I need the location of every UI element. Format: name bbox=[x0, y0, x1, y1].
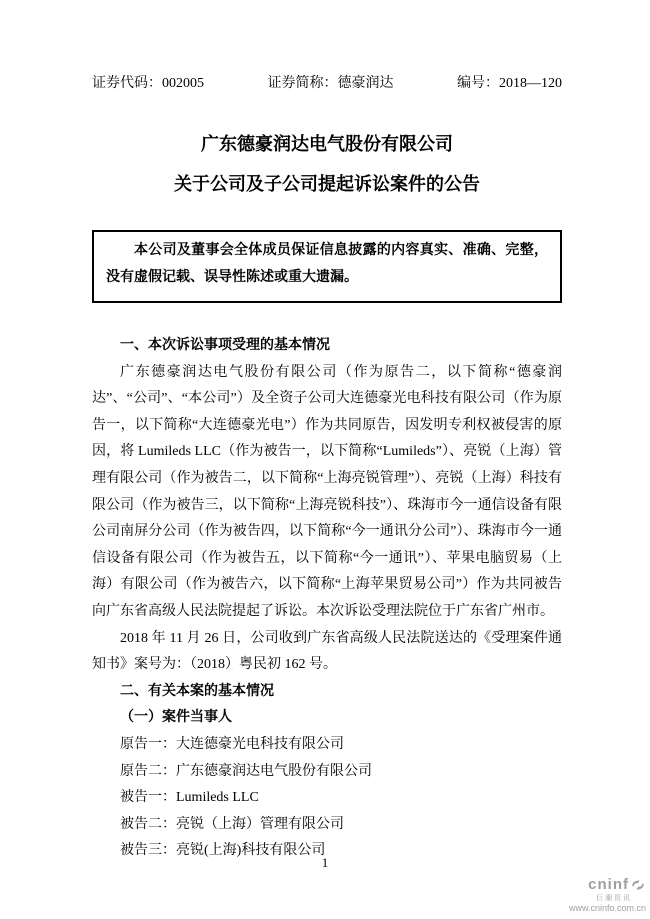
company-name-title: 广东德豪润达电气股份有限公司 bbox=[92, 131, 562, 157]
party-list: 原告一：大连德豪光电科技有限公司原告二：广东德豪润达电气股份有限公司被告一：Lu… bbox=[92, 732, 562, 865]
announcement-document: 证券代码：002005 证券简称：德豪润达 编号：2018—120 广东德豪润达… bbox=[0, 0, 650, 919]
cninfo-logo: cninf 巨潮资讯 www.cninfo.com.cn bbox=[569, 877, 646, 914]
section-2-heading: 二、有关本案的基本情况 bbox=[92, 679, 562, 706]
disclaimer-text: 本公司及董事会全体成员保证信息披露的内容真实、准确、完整，没有虚假记载、误导性陈… bbox=[106, 237, 548, 291]
party-line: 原告二：广东德豪润达电气股份有限公司 bbox=[92, 759, 562, 786]
party-line: 被告一：Lumileds LLC bbox=[92, 785, 562, 812]
section-1-paragraph-1: 广东德豪润达电气股份有限公司（作为原告二，以下简称“德豪润达”、“公司”、“本公… bbox=[92, 360, 562, 626]
cninfo-logo-text: cninf bbox=[588, 877, 629, 894]
section-2-sub-heading: （一）案件当事人 bbox=[92, 705, 562, 732]
document-header: 证券代码：002005 证券简称：德豪润达 编号：2018—120 bbox=[92, 74, 562, 94]
document-body: 一、本次诉讼事项受理的基本情况 广东德豪润达电气股份有限公司（作为原告二，以下简… bbox=[92, 333, 562, 865]
section-1-paragraph-2: 2018 年 11 月 26 日，公司收到广东省高级人民法院送达的《受理案件通知… bbox=[92, 626, 562, 679]
document-content: 证券代码：002005 证券简称：德豪润达 编号：2018—120 广东德豪润达… bbox=[92, 0, 562, 865]
section-1-heading: 一、本次诉讼事项受理的基本情况 bbox=[92, 333, 562, 360]
party-line: 被告二：亮锐（上海）管理有限公司 bbox=[92, 812, 562, 839]
party-line: 原告一：大连德豪光电科技有限公司 bbox=[92, 732, 562, 759]
cninfo-logo-url: www.cninfo.com.cn bbox=[569, 904, 646, 914]
announcement-title: 关于公司及子公司提起诉讼案件的公告 bbox=[92, 171, 562, 197]
disclaimer-box: 本公司及董事会全体成员保证信息披露的内容真实、准确、完整，没有虚假记载、误导性陈… bbox=[92, 230, 562, 303]
cninfo-swirl-icon bbox=[630, 877, 646, 893]
page-number: 1 bbox=[0, 855, 650, 871]
announcement-number: 编号：2018—120 bbox=[457, 74, 562, 94]
stock-short-name: 证券简称：德豪润达 bbox=[268, 74, 394, 94]
cninfo-logo-chinese: 巨潮资讯 bbox=[569, 895, 632, 903]
stock-code: 证券代码：002005 bbox=[92, 74, 204, 94]
cninfo-logo-row: cninf bbox=[569, 877, 646, 894]
